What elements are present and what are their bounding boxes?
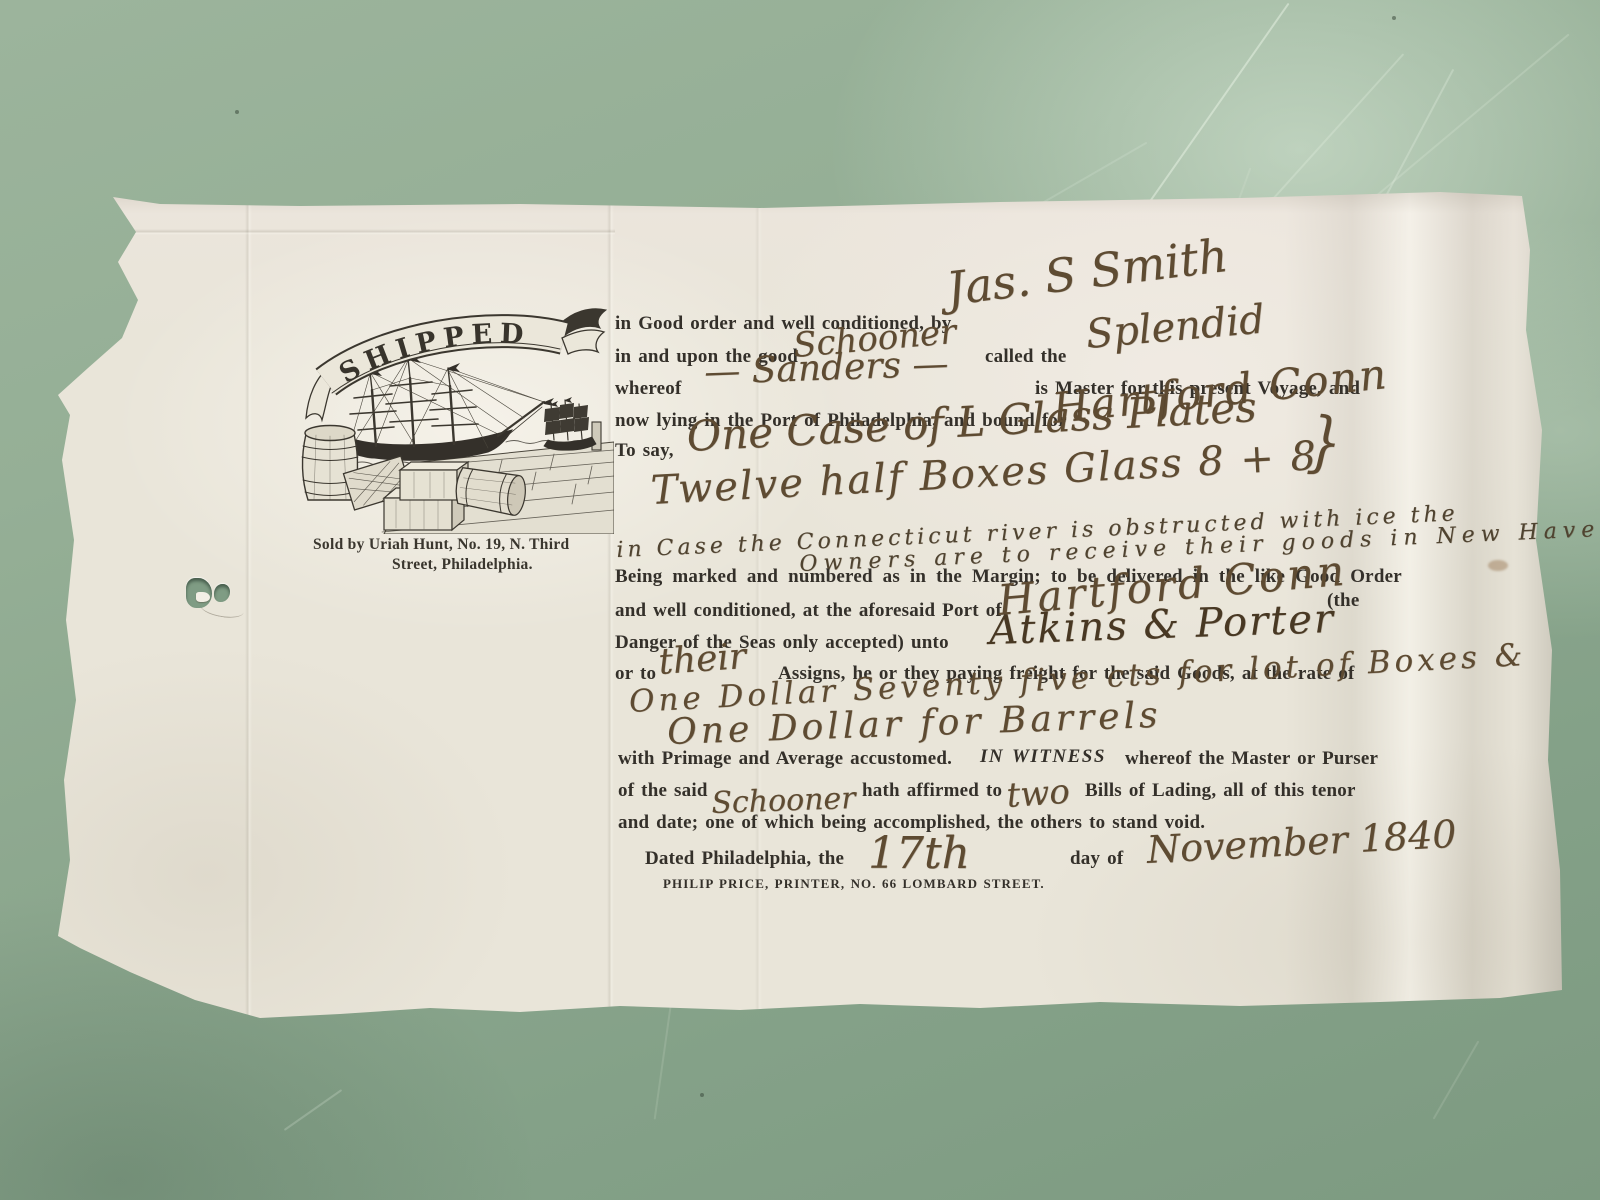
vignette-caption-line1: Sold by Uriah Hunt, No. 19, N. Third (313, 536, 569, 554)
banner-text: SHIPPED (334, 318, 531, 389)
shipped-banner: SHIPPED (306, 309, 606, 420)
handwritten-their: their (657, 636, 747, 683)
printed-whereof: whereof (615, 378, 681, 400)
small-ship (544, 397, 596, 450)
printed-well-conditioned: and well conditioned, at the aforesaid P… (615, 600, 1002, 622)
printed-called-the: called the (985, 346, 1067, 368)
printed-in-witness: IN WITNESS (980, 746, 1106, 768)
photo-scene: SHIPPED Sold by Uriah Hunt, No. 19, N. T… (0, 0, 1600, 1200)
paper-scribble (199, 596, 245, 620)
svg-text:SHIPPED: SHIPPED (334, 318, 531, 389)
handwritten-master-name: — Sanders — (704, 344, 950, 393)
printed-hath-affirmed: hath affirmed to (862, 780, 1002, 802)
printed-or-to: or to (615, 663, 656, 685)
ship-engraving: SHIPPED (292, 294, 614, 534)
pennant (448, 363, 460, 372)
printed-bills-of-lading: Bills of Lading, all of this tenor (1085, 780, 1356, 802)
printed-whereof-master: whereof the Master or Purser (1125, 748, 1378, 770)
printed-day-of: day of (1070, 848, 1123, 870)
handwritten-day: 17th (868, 828, 970, 879)
printed-printer-imprint: PHILIP PRICE, PRINTER, NO. 66 LOMBARD ST… (663, 876, 1045, 892)
handwritten-vessel-name: Splendid (1084, 297, 1267, 358)
vignette-caption-line2: Street, Philadelphia. (392, 556, 533, 574)
printed-of-the-said: of the said (618, 780, 708, 802)
ink-smudge (1488, 560, 1508, 571)
document-content: SHIPPED Sold by Uriah Hunt, No. 19, N. T… (0, 0, 1600, 1200)
printed-dated-philadelphia: Dated Philadelphia, the (645, 848, 844, 870)
handwritten-bill-count: two (1005, 772, 1071, 816)
printed-primage: with Primage and Average accustomed. (618, 748, 952, 770)
printed-to-say: To say, (615, 440, 674, 462)
